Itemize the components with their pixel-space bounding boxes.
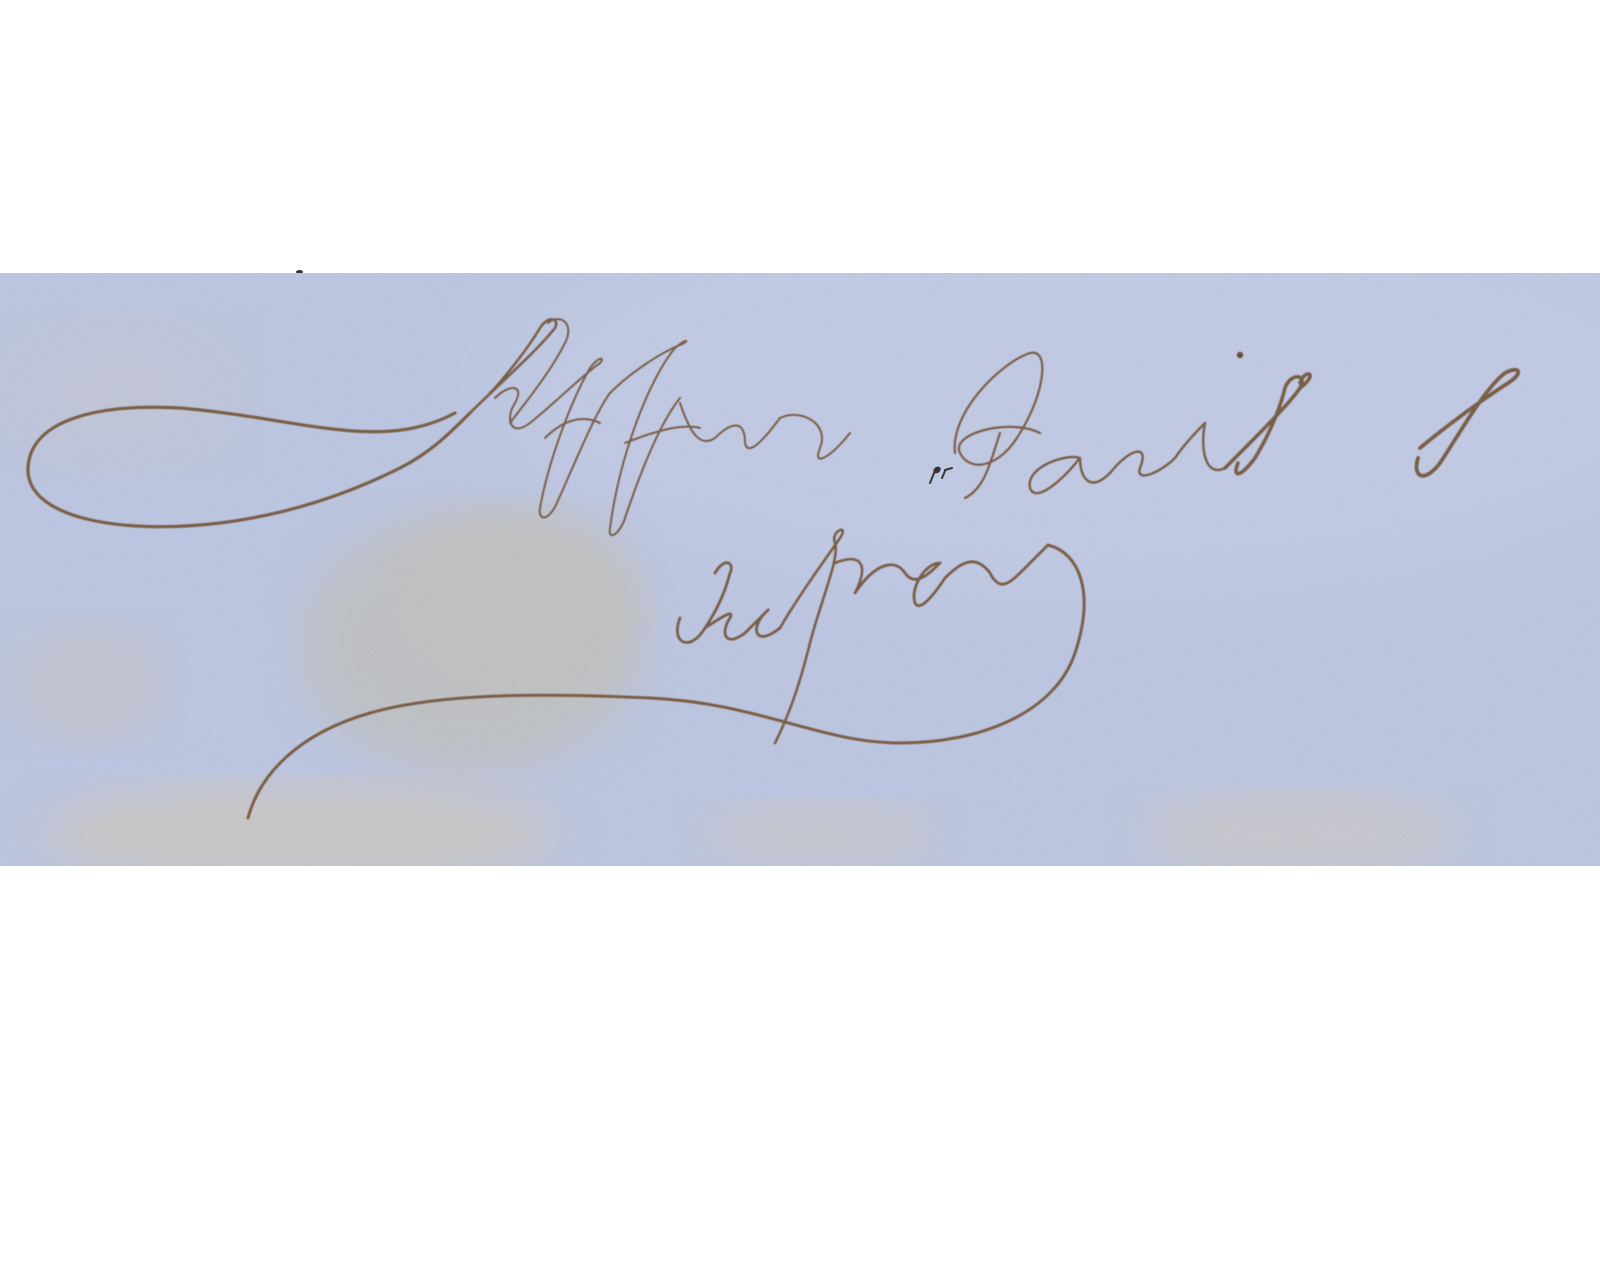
i-dot — [1237, 352, 1243, 358]
page: Jeffn Davis Sec War — [0, 0, 1600, 1280]
paper-fragment: Jeffn Davis Sec War — [0, 273, 1600, 866]
paper-grain — [0, 273, 1600, 866]
signature-artwork — [0, 273, 1600, 866]
